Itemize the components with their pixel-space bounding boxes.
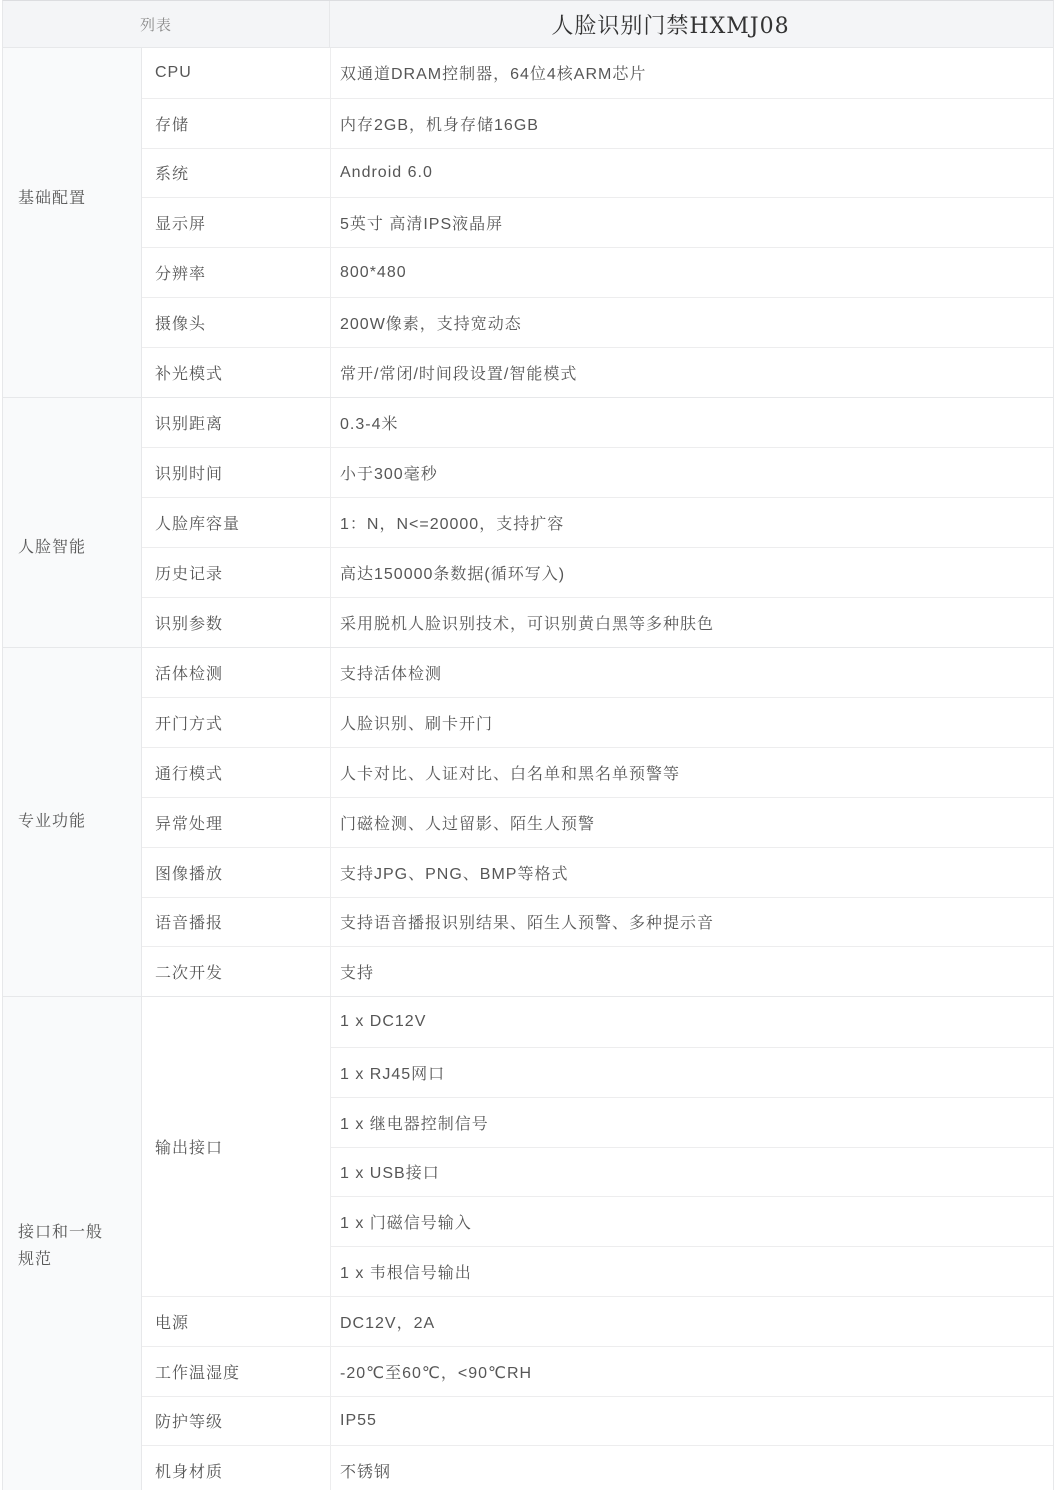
spec-value-cell: 800*480 [331,248,1053,297]
spec-row: 机身材质不锈钢 [142,1445,1053,1490]
spec-value-cell: 1：N，N<=20000，支持扩容 [331,498,1053,547]
spec-section: 基础配置CPU双通道DRAM控制器，64位4核ARM芯片存储内存2GB，机身存储… [3,48,1053,397]
spec-subvalue-text: 1 x 门磁信号输入 [340,1210,472,1233]
spec-name-cell: 识别距离 [142,398,331,448]
spec-subvalue: 1 x 韦根信号输出 [331,1246,1053,1296]
spec-value: 支持JPG、PNG、BMP等格式 [340,861,568,884]
spec-value: 1：N，N<=20000，支持扩容 [340,511,564,534]
spec-name-cell: 系统 [142,149,331,198]
spec-name: 活体检测 [155,661,223,684]
spec-row: CPU双通道DRAM控制器，64位4核ARM芯片 [142,48,1053,98]
spec-row: 分辨率800*480 [142,247,1053,297]
spec-value-cell: IP55 [331,1397,1053,1446]
spec-value-cell: 0.3-4米 [331,398,1053,448]
spec-value-cell: 双通道DRAM控制器，64位4核ARM芯片 [331,48,1053,98]
section-rows: CPU双通道DRAM控制器，64位4核ARM芯片存储内存2GB，机身存储16GB… [142,48,1053,397]
table-header-row: 列表 人脸识别门禁HXMJ08 [3,1,1053,48]
spec-value: 不锈钢 [340,1459,391,1482]
section-rows: 输出接口1 x DC12V1 x RJ45网口1 x 继电器控制信号1 x US… [142,997,1053,1490]
spec-name-cell: 防护等级 [142,1397,331,1446]
spec-subvalue: 1 x 继电器控制信号 [331,1097,1053,1147]
spec-name-cell: 工作温湿度 [142,1347,331,1396]
spec-value-cell: 支持活体检测 [331,648,1053,698]
spec-name-cell: 存储 [142,99,331,148]
spec-row: 摄像头200W像素，支持宽动态 [142,297,1053,347]
product-title: 人脸识别门禁HXMJ08 [551,9,789,40]
spec-sheet-page: 列表 人脸识别门禁HXMJ08 基础配置CPU双通道DRAM控制器，64位4核A… [0,0,1056,1490]
spec-row: 防护等级IP55 [142,1396,1053,1446]
spec-value: 高达150000条数据(循环写入) [340,561,565,584]
spec-name-cell: 摄像头 [142,298,331,347]
spec-name-cell: 历史记录 [142,548,331,597]
spec-subrows: 1 x DC12V1 x RJ45网口1 x 继电器控制信号1 x USB接口1… [331,997,1053,1296]
spec-name: 人脸库容量 [155,511,240,534]
spec-value-cell: 5英寸 高清IPS液晶屏 [331,198,1053,247]
spec-name-cell: 识别时间 [142,448,331,497]
spec-row: 二次开发支持 [142,946,1053,996]
spec-name-cell: 人脸库容量 [142,498,331,547]
spec-subvalue: 1 x RJ45网口 [331,1047,1053,1097]
spec-name-cell: 开门方式 [142,698,331,747]
spec-value-cell: 采用脱机人脸识别技术，可识别黄白黑等多种肤色 [331,598,1053,647]
spec-name: 语音播报 [155,910,223,933]
spec-value-cell: 不锈钢 [331,1446,1053,1490]
header-list-cell: 列表 [3,1,330,47]
spec-subvalue: 1 x USB接口 [331,1147,1053,1197]
spec-row: 识别时间小于300毫秒 [142,447,1053,497]
spec-name: 输出接口 [155,1135,223,1158]
spec-name: 识别时间 [155,461,223,484]
spec-row: 识别参数采用脱机人脸识别技术，可识别黄白黑等多种肤色 [142,597,1053,647]
spec-value-cell: 支持 [331,947,1053,996]
spec-name: 电源 [155,1310,189,1333]
spec-value-cell: 支持JPG、PNG、BMP等格式 [331,848,1053,897]
spec-name-cell: 图像播放 [142,848,331,897]
spec-name-cell: 输出接口 [142,997,331,1296]
spec-name-cell: 补光模式 [142,348,331,397]
spec-subvalue-text: 1 x 继电器控制信号 [340,1111,489,1134]
spec-value-cell: 人卡对比、人证对比、白名单和黑名单预警等 [331,748,1053,797]
spec-name-cell: CPU [142,48,331,98]
spec-row-compound: 输出接口1 x DC12V1 x RJ45网口1 x 继电器控制信号1 x US… [142,997,1053,1296]
header-title-cell: 人脸识别门禁HXMJ08 [330,1,1053,47]
spec-subvalue-text: 1 x USB接口 [340,1160,440,1183]
spec-name-cell: 显示屏 [142,198,331,247]
spec-table: 列表 人脸识别门禁HXMJ08 基础配置CPU双通道DRAM控制器，64位4核A… [2,0,1054,1490]
spec-row: 通行模式人卡对比、人证对比、白名单和黑名单预警等 [142,747,1053,797]
spec-name: 图像播放 [155,861,223,884]
section-rows: 活体检测支持活体检测开门方式人脸识别、刷卡开门通行模式人卡对比、人证对比、白名单… [142,648,1053,997]
spec-value: Android 6.0 [340,164,433,182]
spec-row: 识别距离0.3-4米 [142,398,1053,448]
spec-name: 存储 [155,112,189,135]
spec-value-cell: 内存2GB，机身存储16GB [331,99,1053,148]
spec-name: 开门方式 [155,711,223,734]
category-label: 基础配置 [18,185,86,212]
header-list-label: 列表 [140,14,172,35]
spec-row: 开门方式人脸识别、刷卡开门 [142,697,1053,747]
category-label: 人脸智能 [18,534,86,561]
spec-name: 历史记录 [155,561,223,584]
spec-name: 机身材质 [155,1459,223,1482]
spec-row: 语音播报支持语音播报识别结果、陌生人预警、多种提示音 [142,897,1053,947]
spec-row: 电源DC12V，2A [142,1296,1053,1346]
spec-value: 内存2GB，机身存储16GB [340,112,539,135]
spec-value: 0.3-4米 [340,411,398,434]
category-label: 专业功能 [18,808,86,835]
spec-row: 工作温湿度-20℃至60℃，<90℃RH [142,1346,1053,1396]
category-cell: 人脸智能 [3,398,142,647]
spec-value-cell: Android 6.0 [331,149,1053,198]
spec-value: 支持 [340,960,374,983]
spec-section: 专业功能活体检测支持活体检测开门方式人脸识别、刷卡开门通行模式人卡对比、人证对比… [3,647,1053,997]
spec-name-cell: 通行模式 [142,748,331,797]
spec-row: 显示屏5英寸 高清IPS液晶屏 [142,197,1053,247]
spec-value: 小于300毫秒 [340,461,438,484]
spec-row: 系统Android 6.0 [142,148,1053,198]
spec-row: 存储内存2GB，机身存储16GB [142,98,1053,148]
spec-name-cell: 二次开发 [142,947,331,996]
spec-value-cell: 200W像素，支持宽动态 [331,298,1053,347]
spec-row: 历史记录高达150000条数据(循环写入) [142,547,1053,597]
spec-value: 人脸识别、刷卡开门 [340,711,493,734]
spec-name: 摄像头 [155,311,206,334]
spec-section: 人脸智能识别距离0.3-4米识别时间小于300毫秒人脸库容量1：N，N<=200… [3,397,1053,647]
spec-name-cell: 语音播报 [142,898,331,947]
category-cell: 基础配置 [3,48,142,397]
spec-value: 支持活体检测 [340,661,442,684]
spec-name-cell: 分辨率 [142,248,331,297]
spec-value: 人卡对比、人证对比、白名单和黑名单预警等 [340,761,680,784]
spec-row: 异常处理门磁检测、人过留影、陌生人预警 [142,797,1053,847]
spec-value-cell: DC12V，2A [331,1297,1053,1346]
spec-row: 图像播放支持JPG、PNG、BMP等格式 [142,847,1053,897]
spec-subvalue: 1 x 门磁信号输入 [331,1196,1053,1246]
spec-value: 800*480 [340,264,407,282]
spec-name: 补光模式 [155,361,223,384]
spec-name: 识别距离 [155,411,223,434]
spec-name: CPU [155,64,192,82]
spec-subvalue-text: 1 x 韦根信号输出 [340,1260,472,1283]
category-label: 接口和一般规范 [18,1219,114,1273]
spec-name-cell: 电源 [142,1297,331,1346]
spec-value: DC12V，2A [340,1310,435,1333]
spec-value-cell: -20℃至60℃，<90℃RH [331,1347,1053,1396]
spec-name: 工作温湿度 [155,1360,240,1383]
spec-name: 异常处理 [155,811,223,834]
spec-value-cell: 小于300毫秒 [331,448,1053,497]
spec-name-cell: 异常处理 [142,798,331,847]
spec-row: 活体检测支持活体检测 [142,648,1053,698]
spec-value: 200W像素，支持宽动态 [340,311,522,334]
spec-value-cell: 人脸识别、刷卡开门 [331,698,1053,747]
spec-value: 5英寸 高清IPS液晶屏 [340,211,503,234]
spec-value: 常开/常闭/时间段设置/智能模式 [340,361,577,384]
category-cell: 专业功能 [3,648,142,997]
table-body: 基础配置CPU双通道DRAM控制器，64位4核ARM芯片存储内存2GB，机身存储… [3,48,1053,1490]
spec-name-cell: 识别参数 [142,598,331,647]
spec-name: 显示屏 [155,211,206,234]
spec-row: 补光模式常开/常闭/时间段设置/智能模式 [142,347,1053,397]
spec-value: 双通道DRAM控制器，64位4核ARM芯片 [340,61,646,84]
spec-subvalue-text: 1 x RJ45网口 [340,1061,445,1084]
spec-value-cell: 支持语音播报识别结果、陌生人预警、多种提示音 [331,898,1053,947]
spec-name-cell: 活体检测 [142,648,331,698]
spec-name: 防护等级 [155,1409,223,1432]
spec-section: 接口和一般规范输出接口1 x DC12V1 x RJ45网口1 x 继电器控制信… [3,996,1053,1490]
spec-name: 系统 [155,161,189,184]
spec-subvalue-text: 1 x DC12V [340,1013,426,1031]
spec-value: -20℃至60℃，<90℃RH [340,1360,532,1383]
section-rows: 识别距离0.3-4米识别时间小于300毫秒人脸库容量1：N，N<=20000，支… [142,398,1053,647]
category-cell: 接口和一般规范 [3,997,142,1490]
spec-value: IP55 [340,1412,377,1430]
spec-value-cell: 常开/常闭/时间段设置/智能模式 [331,348,1053,397]
spec-name: 分辨率 [155,261,206,284]
spec-value: 门磁检测、人过留影、陌生人预警 [340,811,595,834]
spec-name: 通行模式 [155,761,223,784]
spec-value-cell: 门磁检测、人过留影、陌生人预警 [331,798,1053,847]
spec-value: 支持语音播报识别结果、陌生人预警、多种提示音 [340,910,714,933]
spec-value: 采用脱机人脸识别技术，可识别黄白黑等多种肤色 [340,611,714,634]
spec-name: 二次开发 [155,960,223,983]
spec-subvalue: 1 x DC12V [331,997,1053,1047]
spec-name: 识别参数 [155,611,223,634]
spec-name-cell: 机身材质 [142,1446,331,1490]
spec-value-cell: 高达150000条数据(循环写入) [331,548,1053,597]
spec-row: 人脸库容量1：N，N<=20000，支持扩容 [142,497,1053,547]
